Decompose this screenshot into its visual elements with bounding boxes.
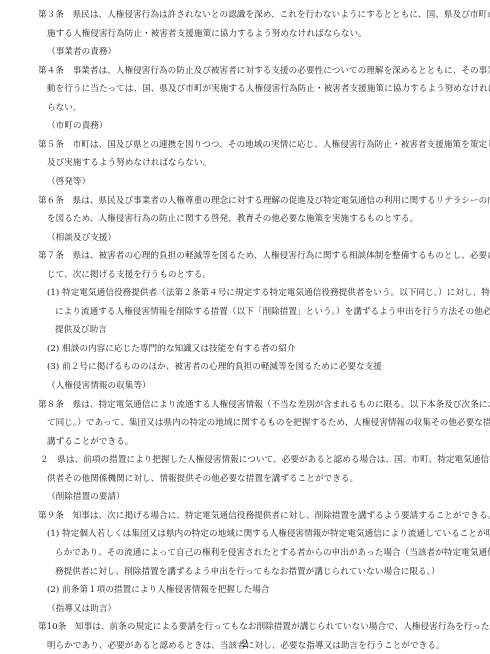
list-item: (1) 特定電気通信役務提供者（法第２条第４号に規定する特定電気通信役務提供者を…: [47, 288, 490, 299]
page-number: 2: [0, 639, 490, 651]
article-continuation-line: らない。: [47, 103, 82, 114]
article-continuation-line: て同じ。）であって、集団又は県内の特定の地域に関するものを把握するため、人権侵害…: [47, 418, 490, 429]
article-continuation-line: 動を行うに当たっては、国、県及び市町が実施する人権侵害行為防止・被害者支援施策に…: [47, 84, 490, 95]
article-caption: （削除措置の要請）: [47, 492, 125, 503]
article-continuation-line: じて、次に掲げる支援を行うものとする。: [47, 270, 211, 281]
list-item-continuation: らかであり、その流通によって自己の権利を侵害されたとする者からの申出があった場合…: [55, 548, 490, 559]
article-heading-line: 第４条 事業者は、人権侵害行為の防止及び被害者に対する支援の必要性についての理解…: [38, 66, 490, 77]
list-item: (2) 相談の内容に応じた専門的な知識又は技能を有する者の紹介: [47, 344, 296, 355]
article-heading-line: 第９条 知事は、次に掲げる場合に、特定電気通信役務提供者に対し、削除措置を講ずる…: [38, 511, 490, 522]
article-continuation-line: 供者その他関係機関に対し、情報提供その他必要な措置を講ずることができる。: [47, 474, 358, 485]
article-continuation-line: を図るため、人権侵害行為の防止に関する啓発、教育その他必要な施策を実施するものと…: [47, 214, 418, 225]
article-caption: （事業者の責務）: [47, 47, 116, 58]
article-caption: （相談及び支援）: [47, 233, 116, 244]
list-item: (3) 前２号に掲げるもののほか、被害者の心理的負担の軽減等を図るために必要な支…: [47, 362, 382, 373]
article-heading-line: 第８条 県は、特定電気通信により流通する人権侵害情報（不当な差別が含まれるものに…: [38, 400, 490, 411]
article-heading-line: 第３条 県民は、人権侵害行為は許されないとの認識を深め、これを行わないようにする…: [38, 10, 490, 21]
article-heading-line: 第５条 市町は、国及び県との連携を図りつつ、その地域の実情に応じ、人権侵害行為防…: [38, 140, 490, 151]
list-item-continuation: 務提供者に対し、削除措置を講ずるよう申出を行ってもなお措置が講じられていない場合…: [55, 567, 440, 578]
article-continuation-line: 及び実施するよう努めなければならない。: [47, 158, 211, 169]
list-item: (1) 特定個人若しくは集団又は県内の特定の地域に関する人権侵害情報が特定電気通…: [47, 529, 490, 540]
article-caption: （指導又は助言）: [47, 604, 116, 615]
article-heading-line: 第10条 知事は、前条の規定による要請を行ってもなお削除措置が講じられていない場…: [38, 622, 490, 633]
article-heading-line: 第６条 県は、県民及び事業者の人権尊重の理念に対する理解の促進及び特定電気通信の…: [38, 196, 490, 207]
paragraph-line: ２ 県は、前項の措置により把握した人権侵害情報について、必要があると認める場合は…: [40, 455, 490, 466]
article-continuation-line: 施する人権侵害行為防止・被害者支援施策に協力するよう努めなければならない。: [47, 29, 367, 40]
document-page: 第３条 県民は、人権侵害行為は許されないとの認識を深め、これを行わないようにする…: [0, 0, 490, 654]
article-caption: （人権侵害情報の収集等）: [47, 381, 151, 392]
list-item-continuation: 提供及び助言: [55, 325, 107, 336]
list-item-continuation: により流通する人権侵害情報を削除する措置（以下「削除措置」という。）を講ずるよう…: [55, 307, 490, 318]
article-caption: （啓発等）: [47, 177, 90, 188]
list-item: (2) 前条第１項の措置により人権侵害情報を把握した場合: [47, 585, 270, 596]
article-caption: （市町の責務）: [47, 121, 108, 132]
article-heading-line: 第７条 県は、被害者の心理的負担の軽減等を図るため、人権侵害行為に関する相談体制…: [38, 251, 490, 262]
article-continuation-line: 講ずることができる。: [47, 437, 133, 448]
